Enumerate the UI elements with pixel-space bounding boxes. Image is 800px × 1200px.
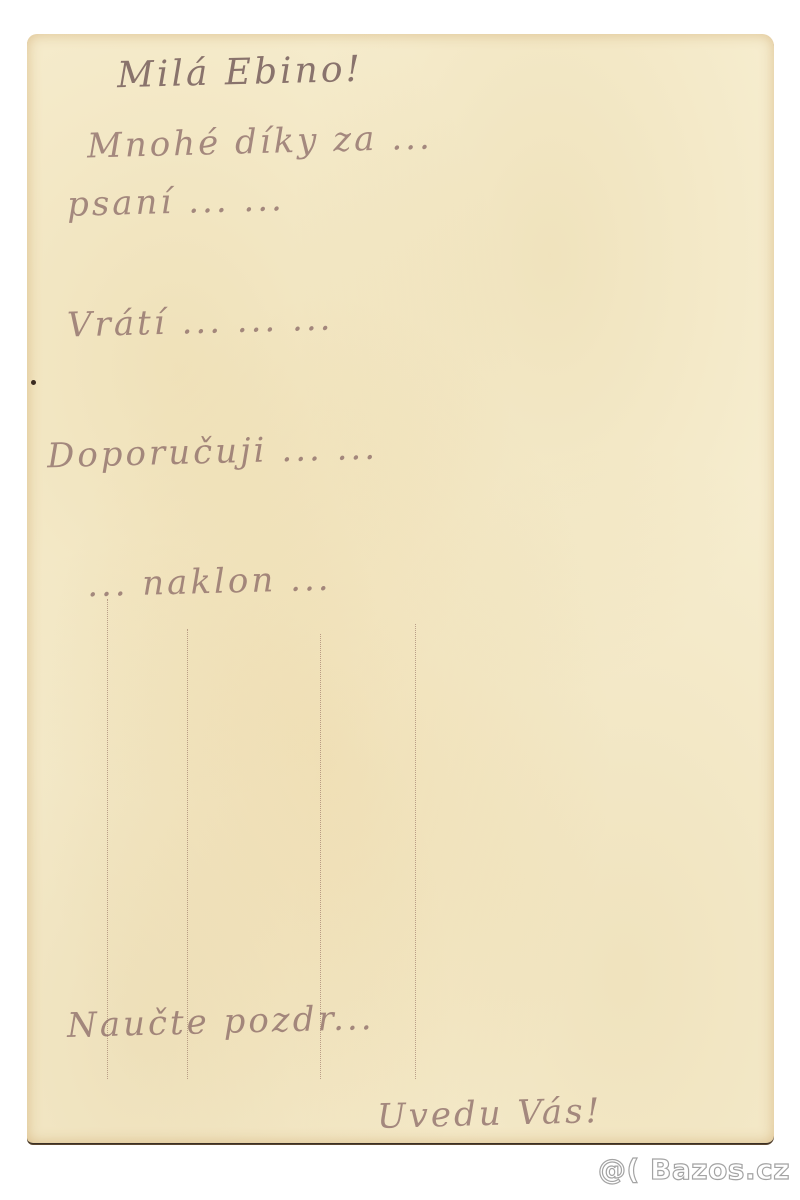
handwriting-line: Doporučuji ... ... [47,428,379,477]
salutation-text: Milá Ebino! [117,49,364,96]
handwriting-line: ... naklon ... [87,559,332,605]
postcard: Milá Ebino! Mnohé díky za ... psaní ... … [27,34,774,1144]
handwriting-line: Naučte pozdr... [67,998,375,1046]
bazos-watermark: @( Bazos.cz [598,1153,790,1186]
handwriting-line: Mnohé díky za ... [87,117,434,166]
ruled-line-4 [415,624,416,1079]
handwriting-line: Vrátí ... ... ... [67,299,334,346]
closing-text: Uvedu Vás! [377,1091,603,1137]
ink-spot [31,380,36,385]
handwriting-line: psaní ... ... [67,179,286,225]
